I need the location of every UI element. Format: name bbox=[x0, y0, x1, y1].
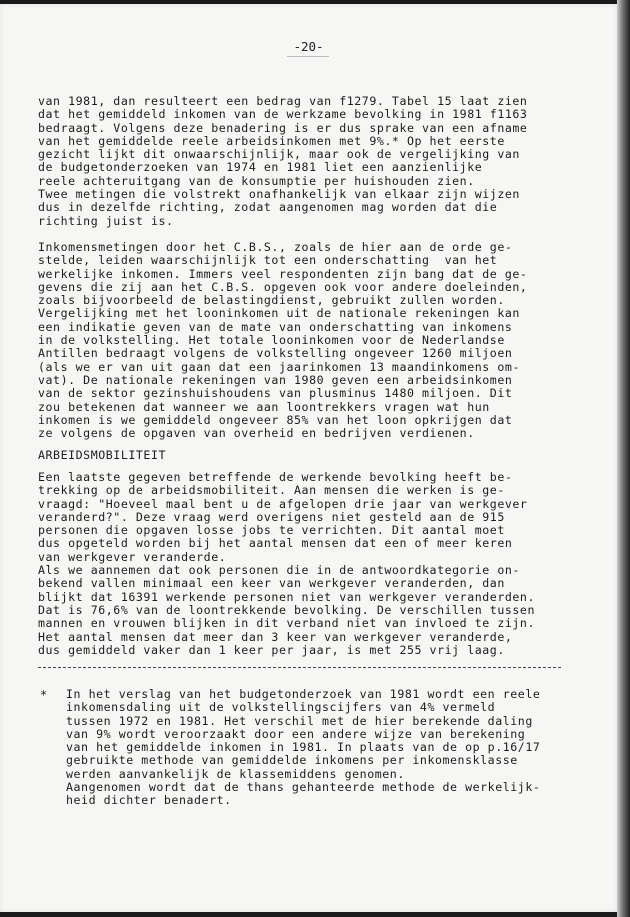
footnote-asterisk: * bbox=[40, 688, 47, 702]
text-line: de budgetonderzoeken van 1974 en 1981 li… bbox=[38, 161, 598, 174]
text-line: veranderd?". Deze vraag werd overigens n… bbox=[38, 511, 598, 524]
text-line: ze volgens de opgaven van overheid en be… bbox=[38, 427, 598, 440]
text-line: reele achteruitgang van de konsumptie pe… bbox=[38, 175, 598, 188]
text-line: Vergelijking met het looninkomen uit de … bbox=[38, 307, 598, 320]
text-line: heid dichter benadert. bbox=[66, 794, 586, 807]
paragraph-income-decline: van 1981, dan resulteert een bedrag van … bbox=[38, 95, 598, 228]
section-heading: ARBEIDSMOBILITEIT bbox=[38, 449, 598, 462]
document-page: -20- van 1981, dan resulteert een bedrag… bbox=[0, 4, 617, 912]
text-line: blijkt dat 16391 werkende personen niet … bbox=[38, 591, 598, 604]
text-line: inkomen is we gemiddeld ongeveer 85% van… bbox=[38, 414, 598, 427]
text-line: in de volkstelling. Het totale looninkom… bbox=[38, 334, 598, 347]
text-line: zoals bijvoorbeeld de belastingdienst, g… bbox=[38, 294, 598, 307]
text-line: van 1981, dan resulteert een bedrag van … bbox=[38, 95, 598, 108]
footnote-text: In het verslag van het budgetonderzoek v… bbox=[66, 688, 586, 808]
text-line: Als we aannemen dat ook personen die in … bbox=[38, 564, 598, 577]
text-line: zou betekenen dat wanneer we aan loontre… bbox=[38, 401, 598, 414]
text-line: Inkomensmetingen door het C.B.S., zoals … bbox=[38, 241, 598, 254]
text-line: Dat is 76,6% van de loontrekkende bevolk… bbox=[38, 604, 598, 617]
text-line: dus in dezelfde richting, zodat aangenom… bbox=[38, 201, 598, 214]
text-line: van de sektor gezinshuishoudens van plus… bbox=[38, 387, 598, 400]
text-line: bekend vallen minimaal een keer van werk… bbox=[38, 577, 598, 590]
paragraph-income-measurement: Inkomensmetingen door het C.B.S., zoals … bbox=[38, 241, 598, 440]
text-line: werden aanvankelijk de klassemiddens gen… bbox=[66, 768, 586, 781]
text-line: Aangenomen wordt dat de thans gehanteerd… bbox=[66, 781, 586, 794]
text-line: bedraagt. Volgens deze benadering is er … bbox=[38, 122, 598, 135]
text-line: een indikatie geven van de mate van onde… bbox=[38, 321, 598, 334]
text-line: dat het gemiddeld inkomen van de werkzam… bbox=[38, 108, 598, 121]
text-line: van werkgever veranderde. bbox=[38, 551, 598, 564]
text-line: Een laatste gegeven betreffende de werke… bbox=[38, 471, 598, 484]
page-number-underline bbox=[287, 56, 329, 57]
text-line: tussen 1972 en 1981. Het verschil met de… bbox=[66, 715, 586, 728]
page-number: -20- bbox=[0, 39, 617, 54]
text-line: (als we er van uit gaan dat een jaarinko… bbox=[38, 361, 598, 374]
text-line: Antillen bedraagt volgens de volkstellin… bbox=[38, 347, 598, 360]
text-line: van het gemiddelde inkomen in 1981. In p… bbox=[66, 741, 586, 754]
text-line: gezicht lijkt dit onwaarschijnlijk, maar… bbox=[38, 148, 598, 161]
text-line: vraagd: "Hoeveel maal bent u de afgelope… bbox=[38, 498, 598, 511]
text-line: inkomensdaling uit de volkstellingscijfe… bbox=[66, 701, 586, 714]
text-line: stelde, leiden waarschijnlijk tot een on… bbox=[38, 254, 598, 267]
text-line: vat). De nationale rekeningen van 1980 g… bbox=[38, 374, 598, 387]
text-line: Het aantal mensen dat meer dan 3 keer va… bbox=[38, 631, 598, 644]
paragraph-labor-mobility: Een laatste gegeven betreffende de werke… bbox=[38, 471, 598, 657]
footnote-separator bbox=[38, 667, 561, 668]
text-line: werkelijke inkomen. Immers veel responde… bbox=[38, 268, 598, 281]
text-line: personen die opgaven losse jobs te verri… bbox=[38, 524, 598, 537]
text-line: Twee metingen die volstrekt onafhankelij… bbox=[38, 188, 598, 201]
scan-page-edge bbox=[617, 0, 630, 917]
text-line: dus opgeteld worden bij het aantal mense… bbox=[38, 537, 598, 550]
text-line: gebruikte methode van gemiddelde inkomen… bbox=[66, 754, 586, 767]
text-line: trekking op de arbeidsmobiliteit. Aan me… bbox=[38, 484, 598, 497]
text-line: In het verslag van het budgetonderzoek v… bbox=[66, 688, 586, 701]
text-line: van 9% wordt veroorzaakt door een andere… bbox=[66, 728, 586, 741]
text-line: richting juist is. bbox=[38, 215, 598, 228]
text-line: dus gemiddeld vaker dan 1 keer per jaar,… bbox=[38, 644, 598, 657]
text-line: van het gemiddelde reele arbeidsinkomen … bbox=[38, 135, 598, 148]
text-line: gevens die zij aan het C.B.S. opgeven oo… bbox=[38, 281, 598, 294]
text-line: mannen en vrouwen blijken in dit verband… bbox=[38, 617, 598, 630]
